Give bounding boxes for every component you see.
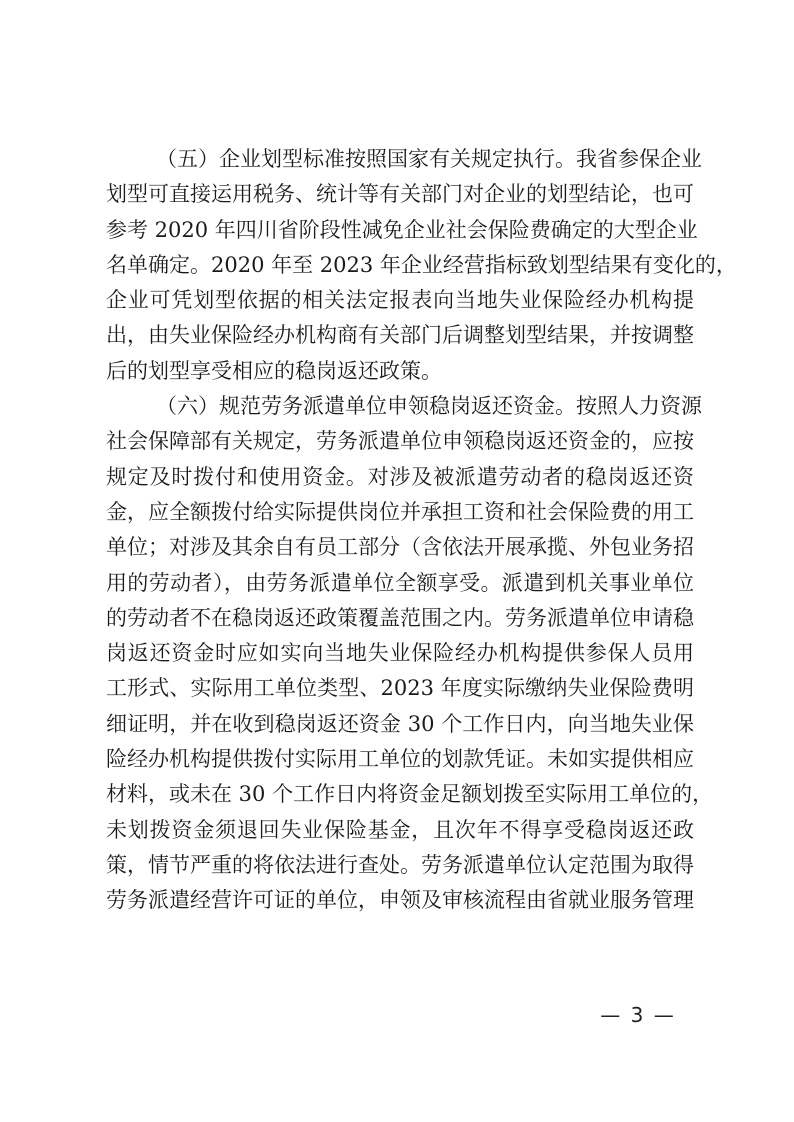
paragraph-line: 后的划型享受相应的稳岗返还政策。: [106, 354, 694, 389]
paragraph-section-5-heading-line: （五）企业划型标准按照国家有关规定执行。我省参保企业: [106, 142, 694, 177]
body-text: （五）企业划型标准按照国家有关规定执行。我省参保企业 划型可直接运用税务、统计等…: [106, 142, 694, 919]
document-page: （五）企业划型标准按照国家有关规定执行。我省参保企业 划型可直接运用税务、统计等…: [0, 0, 794, 1122]
paragraph-line: 名单确定。2020 年至 2023 年企业经营指标致划型结果有变化的，: [106, 248, 694, 283]
paragraph-line: 岗返还资金时应如实向当地失业保险经办机构提供参保人员用: [106, 636, 694, 671]
paragraph-line: 工形式、实际用工单位类型、2023 年度实际缴纳失业保险费明: [106, 671, 694, 706]
paragraph-line: 险经办机构提供拨付实际用工单位的划款凭证。未如实提供相应: [106, 742, 694, 777]
paragraph-line: 单位；对涉及其余自有员工部分（含依法开展承揽、外包业务招: [106, 530, 694, 565]
paragraph-line: 金，应全额拨付给实际提供岗位并承担工资和社会保险费的用工: [106, 495, 694, 530]
paragraph-line: 用的劳动者），由劳务派遣单位全额享受。派遣到机关事业单位: [106, 566, 694, 601]
paragraph-line: 策，情节严重的将依法进行查处。劳务派遣单位认定范围为取得: [106, 848, 694, 883]
paragraph-line: 社会保障部有关规定，劳务派遣单位申领稳岗返还资金的，应按: [106, 424, 694, 459]
paragraph-line: 细证明，并在收到稳岗返还资金 30 个工作日内，向当地失业保: [106, 707, 694, 742]
paragraph-line: 材料，或未在 30 个工作日内将资金足额划拨至实际用工单位的，: [106, 777, 694, 812]
paragraph-line: 企业可凭划型依据的相关法定报表向当地失业保险经办机构提: [106, 283, 694, 318]
paragraph-line: 规定及时拨付和使用资金。对涉及被派遣劳动者的稳岗返还资: [106, 460, 694, 495]
paragraph-section-6-heading-line: （六）规范劳务派遣单位申领稳岗返还资金。按照人力资源: [106, 389, 694, 424]
paragraph-line: 劳务派遣经营许可证的单位，申领及审核流程由省就业服务管理: [106, 883, 694, 918]
paragraph-line: 出，由失业保险经办机构商有关部门后调整划型结果，并按调整: [106, 318, 694, 353]
paragraph-line: 未划拨资金须退回失业保险基金，且次年不得享受稳岗返还政: [106, 813, 694, 848]
paragraph-line: 划型可直接运用税务、统计等有关部门对企业的划型结论，也可: [106, 177, 694, 212]
paragraph-line: 的劳动者不在稳岗返还政策覆盖范围之内。劳务派遣单位申请稳: [106, 601, 694, 636]
paragraph-line: 参考 2020 年四川省阶段性减免企业社会保险费确定的大型企业: [106, 213, 694, 248]
page-number: — 3 —: [596, 1003, 680, 1027]
